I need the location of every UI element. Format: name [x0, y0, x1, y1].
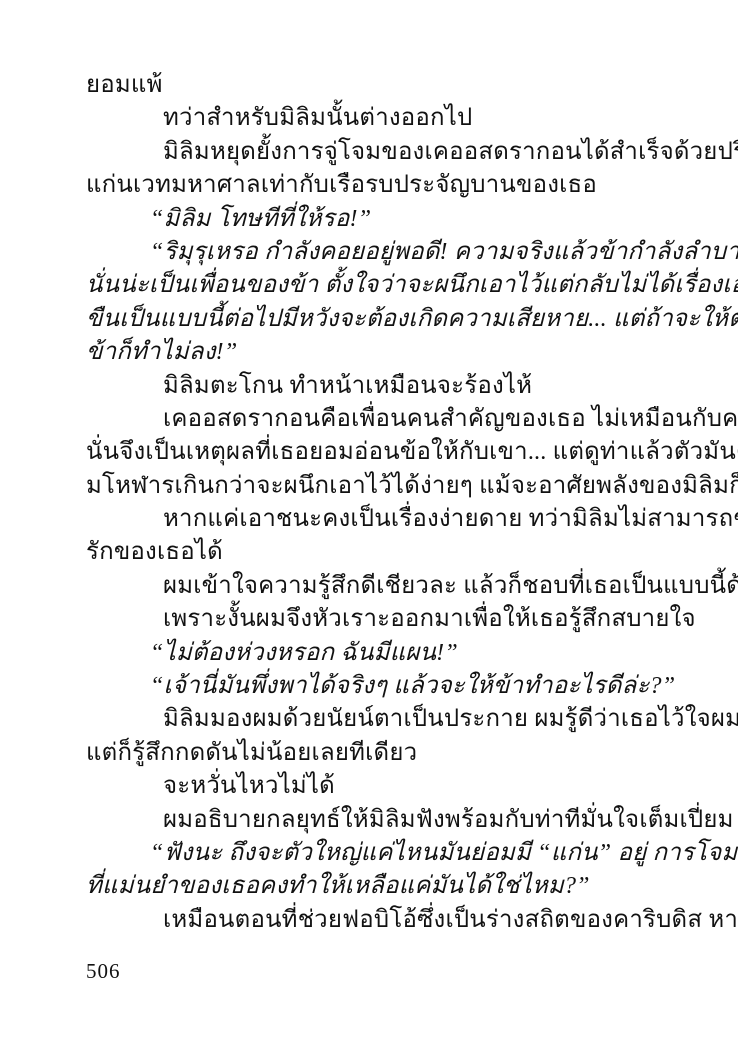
text-line: มโหฬารเกินกว่าจะผนึกเอาไว้ได้ง่ายๆ แม้จะ… [86, 470, 672, 503]
text-line: มิลิมมองผมด้วยนัยน์ตาเป็นประกาย ผมรู้ดีว… [86, 703, 672, 736]
text-line: “มิลิม โทษทีที่ให้รอ!” [86, 203, 672, 236]
text-line: ขืนเป็นแบบนี้ต่อไปมีหวังจะต้องเกิดความเส… [86, 303, 672, 336]
text-line: ทว่าสำหรับมิลิมนั้นต่างออกไป [86, 102, 672, 135]
text-line: รักของเธอได้ [86, 536, 672, 569]
text-line: เคออสดรากอนคือเพื่อนคนสำคัญของเธอ ไม่เหม… [86, 403, 672, 436]
text-line: “ริมุรุเหรอ กำลังคอยอยู่พอดี! ความจริงแล… [86, 236, 672, 269]
text-line: นั่นน่ะเป็นเพื่อนของข้า ตั้งใจว่าจะผนึกเ… [86, 269, 672, 302]
text-line: เหมือนตอนที่ช่วยฟอบิโอ้ซึ่งเป็นร่างสถิตข… [86, 904, 672, 937]
text-line: “ฟังนะ ถึงจะตัวใหญ่แค่ไหนมันย่อมมี “แก่น… [86, 837, 672, 870]
page-number: 506 [86, 958, 121, 984]
text-line: ผมเข้าใจความรู้สึกดีเชียวละ แล้วก็ชอบที่… [86, 570, 672, 603]
text-line: แก่นเวทมหาศาลเท่ากับเรือรบประจัญบานของเธ… [86, 169, 672, 202]
text-line: ผมอธิบายกลยุทธ์ให้มิลิมฟังพร้อมกับท่าทีม… [86, 804, 672, 837]
text-line: หากแค่เอาชนะคงเป็นเรื่องง่ายดาย ทว่ามิลิ… [86, 503, 672, 536]
text-line: นั่นจึงเป็นเหตุผลที่เธอยอมอ่อนข้อให้กับเ… [86, 436, 672, 469]
text-line: ยอมแพ้ [86, 69, 672, 102]
text-block: ยอมแพ้ ทว่าสำหรับมิลิมนั้นต่างออกไป มิลิ… [86, 69, 672, 937]
text-line: มิลิมตะโกน ทำหน้าเหมือนจะร้องไห้ [86, 370, 672, 403]
text-line: “เจ้านี่มันพึ่งพาได้จริงๆ แล้วจะให้ข้าทำ… [86, 670, 672, 703]
text-line: เพราะงั้นผมจึงหัวเราะออกมาเพื่อให้เธอรู้… [86, 603, 672, 636]
book-page: ยอมแพ้ ทว่าสำหรับมิลิมนั้นต่างออกไป มิลิ… [0, 0, 738, 1051]
text-line: จะหวั่นไหวไม่ได้ [86, 770, 672, 803]
text-line: ที่แม่นยำของเธอคงทำให้เหลือแค่มันได้ใช่ไ… [86, 870, 672, 903]
text-line: “ไม่ต้องห่วงหรอก ฉันมีแผน!” [86, 637, 672, 670]
text-line: แต่ก็รู้สึกกดดันไม่น้อยเลยทีเดียว [86, 737, 672, 770]
text-line: ข้าก็ทำไม่ลง!” [86, 336, 672, 369]
text-line: มิลิมหยุดยั้งการจู่โจมของเคออสดรากอนได้ส… [86, 136, 672, 169]
